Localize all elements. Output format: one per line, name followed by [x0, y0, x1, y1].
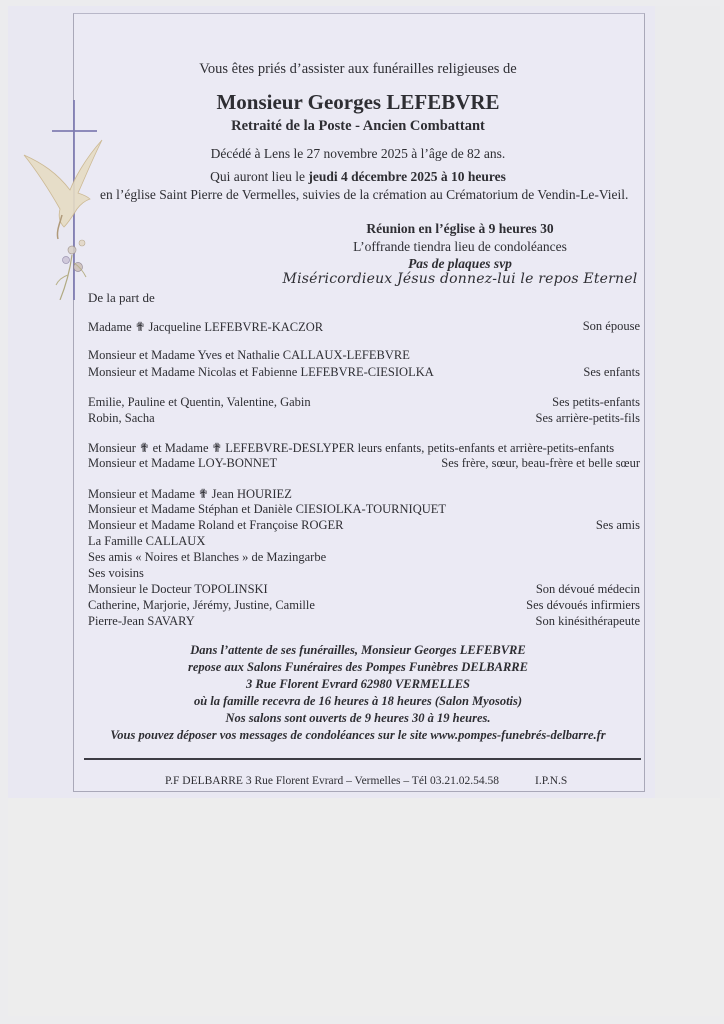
family-member-name: Monsieur ✟ et Madame ✟ LEFEBVRE-DESLYPER…: [88, 440, 614, 456]
family-row: Catherine, Marjorie, Jérémy, Justine, Ca…: [88, 598, 640, 615]
offering-note: L’offrande tiendra lieu de condoléances: [255, 239, 665, 255]
family-member-name: Monsieur et Madame Nicolas et Fabienne L…: [88, 365, 434, 380]
family-row: Pierre-Jean SAVARYSon kinésithérapeute: [88, 614, 640, 631]
repose-line: 3 Rue Florent Evrard 62980 VERMELLES: [73, 677, 643, 692]
family-row: Monsieur et Madame Roland et Françoise R…: [88, 518, 640, 535]
footer-divider: [84, 758, 641, 760]
family-member-name: Emilie, Pauline et Quentin, Valentine, G…: [88, 395, 311, 410]
death-details: Décédé à Lens le 27 novembre 2025 à l’âg…: [73, 146, 643, 162]
family-row: Emilie, Pauline et Quentin, Valentine, G…: [88, 395, 640, 412]
service-date: jeudi 4 décembre 2025 à 10 heures: [308, 169, 505, 184]
service-prefix: Qui auront lieu le: [210, 169, 308, 184]
invitation-intro: Vous êtes priés d’assister aux funéraill…: [73, 61, 643, 78]
service-date-line: Qui auront lieu le jeudi 4 décembre 2025…: [73, 169, 643, 185]
family-row: Monsieur et Madame ✟ Jean HOURIEZ: [88, 486, 640, 503]
repose-line: Vous pouvez déposer vos messages de cond…: [73, 728, 643, 743]
family-member-name: Robin, Sacha: [88, 411, 155, 426]
family-member-name: La Famille CALLAUX: [88, 534, 205, 549]
family-row: Ses amis « Noires et Blanches » de Mazin…: [88, 550, 640, 567]
repose-line: où la famille recevra de 16 heures à 18 …: [73, 694, 643, 709]
family-member-name: Monsieur et Madame LOY-BONNET: [88, 456, 277, 471]
family-relation: Ses frère, sœur, beau-frère et belle sœu…: [441, 456, 640, 471]
ipns-mark: I.P.N.S: [535, 775, 567, 787]
no-plaques-note: Pas de plaques svp: [255, 256, 665, 272]
family-member-name: Pierre-Jean SAVARY: [88, 614, 195, 629]
family-relation: Ses enfants: [583, 365, 640, 380]
family-member-name: Madame ✟ Jacqueline LEFEBVRE-KACZOR: [88, 319, 323, 335]
family-member-name: Monsieur et Madame Stéphan et Danièle CI…: [88, 502, 446, 517]
funeral-home-address: P.F DELBARRE 3 Rue Florent Evrard – Verm…: [165, 775, 499, 787]
family-member-name: Catherine, Marjorie, Jérémy, Justine, Ca…: [88, 598, 315, 613]
flowers-icon: [56, 240, 86, 300]
service-place: en l’église Saint Pierre de Vermelles, s…: [100, 187, 628, 203]
family-row: Monsieur et Madame Yves et Nathalie CALL…: [88, 348, 640, 365]
family-relation: Ses dévoués infirmiers: [526, 598, 640, 613]
family-member-name: Monsieur et Madame Yves et Nathalie CALL…: [88, 348, 410, 363]
deceased-subtitle: Retraité de la Poste - Ancien Combattant: [73, 118, 643, 135]
family-row: Monsieur ✟ et Madame ✟ LEFEBVRE-DESLYPER…: [88, 440, 640, 457]
family-relation: Ses arrière-petits-fils: [536, 411, 640, 426]
family-relation: Son kinésithérapeute: [536, 614, 641, 629]
family-row: Monsieur et Madame Stéphan et Danièle CI…: [88, 502, 640, 519]
family-relation: Ses petits-enfants: [552, 395, 640, 410]
family-row: La Famille CALLAUX: [88, 534, 640, 551]
family-member-name: Ses voisins: [88, 566, 144, 581]
repose-line: Dans l’attente de ses funérailles, Monsi…: [73, 643, 643, 658]
repose-line: Nos salons sont ouverts de 9 heures 30 à…: [73, 711, 643, 726]
family-relation: Son dévoué médecin: [536, 582, 640, 597]
family-relation: Son épouse: [583, 319, 640, 334]
repose-line: repose aux Salons Funéraires des Pompes …: [73, 660, 643, 675]
family-row: Monsieur et Madame LOY-BONNETSes frère, …: [88, 456, 640, 473]
family-relation: Ses amis: [596, 518, 640, 533]
deceased-name: Monsieur Georges LEFEBVRE: [73, 90, 643, 115]
family-row: Monsieur le Docteur TOPOLINSKISon dévoué…: [88, 582, 640, 599]
scanned-page-background: [8, 798, 720, 1016]
family-row: Ses voisins: [88, 566, 640, 583]
prayer-line: Miséricordieux Jésus donnez-lui le repos…: [255, 271, 665, 287]
family-member-name: Monsieur le Docteur TOPOLINSKI: [88, 582, 268, 597]
family-row: Robin, SachaSes arrière-petits-fils: [88, 411, 640, 428]
page-margin-strip: [655, 6, 720, 798]
family-member-name: Monsieur et Madame Roland et Françoise R…: [88, 518, 344, 533]
family-row: Monsieur et Madame Nicolas et Fabienne L…: [88, 365, 640, 382]
family-member-name: Monsieur et Madame ✟ Jean HOURIEZ: [88, 486, 292, 502]
from-label: De la part de: [88, 290, 155, 306]
family-member-name: Ses amis « Noires et Blanches » de Mazin…: [88, 550, 326, 565]
family-row: Madame ✟ Jacqueline LEFEBVRE-KACZORSon é…: [88, 319, 640, 336]
church-meeting-time: Réunion en l’église à 9 heures 30: [255, 221, 665, 237]
